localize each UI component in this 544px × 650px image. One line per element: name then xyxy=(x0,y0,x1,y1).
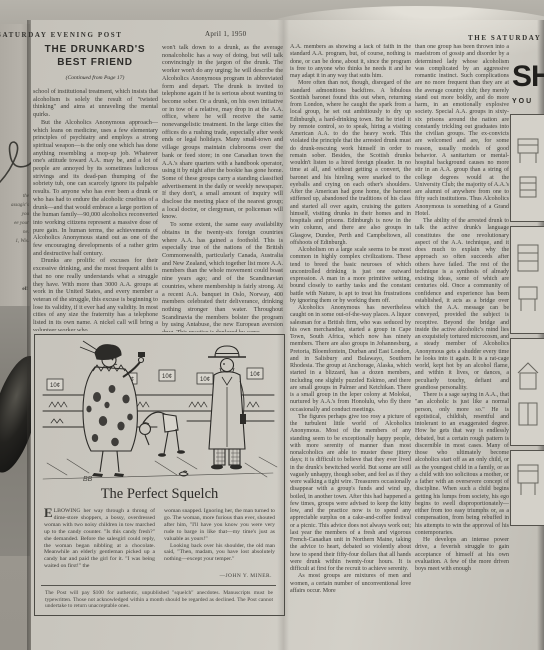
article-paragraph: Alcoholism on a large scale seems to be … xyxy=(290,247,411,305)
ad-thumbnail-drawing xyxy=(515,231,541,325)
squelch-byline: —JOHN Y. MINER. xyxy=(220,573,272,579)
article-paragraph: More often than not, though, disregard o… xyxy=(290,80,411,247)
squelch-paragraph: ELBOWING her way through a throng of dim… xyxy=(44,508,155,570)
squelch-submission-footnote: The Post will pay $100 for authentic, un… xyxy=(45,590,273,610)
article-paragraph: But the Alcoholics Anonymous approach—wh… xyxy=(33,119,158,258)
article-paragraph: As most groups are mixtures of men and w… xyxy=(290,573,411,595)
squelch-title: The Perfect Squelch xyxy=(35,486,284,503)
article-paragraph: The ability of the arrested drunk to tal… xyxy=(415,218,509,392)
ad-thumbnail xyxy=(510,338,544,446)
squelch-cartoon-illustration: 10¢ 10¢ 10¢ 10¢ 10¢ xyxy=(37,337,280,485)
squelch-anecdote: ELBOWING her way through a throng of dim… xyxy=(44,508,275,580)
svg-text:10¢: 10¢ xyxy=(250,372,260,378)
ad-thumbnail-drawing xyxy=(515,343,541,437)
article-paragraph: Alcoholics Anonymous has nevertheless ca… xyxy=(290,305,411,414)
running-head-right: THE SATURDAY EVENING xyxy=(468,34,544,42)
cartoonist-signature: BB xyxy=(83,476,93,483)
article-paragraph: school of institutional treatment, which… xyxy=(33,88,158,119)
previous-page-edge: the assagic's you ee your ne. 1, Wis. el… xyxy=(0,24,30,536)
ad-thumbnail-drawing xyxy=(515,455,541,517)
left-page-column-2: won't talk down to a drunk, as the avera… xyxy=(162,44,283,332)
perfect-squelch-box: 10¢ 10¢ 10¢ 10¢ 10¢ xyxy=(34,334,285,616)
svg-text:10¢: 10¢ xyxy=(200,377,210,383)
ad-thumbnail-drawing xyxy=(515,119,541,213)
side-ad-fragment: SH YOU xyxy=(509,58,544,528)
article-paragraph: A.A. members as showing a lack of faith … xyxy=(290,44,411,80)
squelch-divider xyxy=(41,585,276,586)
article-title: THE DRUNKARD'S BEST FRIEND (Continued fr… xyxy=(36,44,154,85)
svg-text:10¢: 10¢ xyxy=(50,383,60,389)
article-paragraph: than one group has been thrown into a ma… xyxy=(415,44,509,218)
ad-thumbnail xyxy=(510,114,544,222)
ad-subhead-fragment: YOU xyxy=(512,98,533,105)
article-title-line2: BEST FRIEND xyxy=(36,57,154,70)
article-title-line1: THE DRUNKARD'S xyxy=(36,44,154,57)
article-paragraph: The figures perhaps give too rosy a pict… xyxy=(290,414,411,574)
edge-ad-text-fragments: the assagic's you ee your ne. 1, Wis. xyxy=(0,192,29,246)
article-paragraph: won't talk down to a drunk, as the avera… xyxy=(162,44,283,221)
article-paragraph: Drunks are prolific of excuses for their… xyxy=(33,257,158,331)
squelch-column-2: woman snapped. Ignoring her, the man tur… xyxy=(164,508,275,580)
right-page-column-1: A.A. members as showing a lack of faith … xyxy=(290,44,411,643)
continued-from-note: (Continued from Page 17) xyxy=(36,72,154,85)
magazine-scan: the assagic's you ee your ne. 1, Wis. el… xyxy=(0,0,544,650)
article-paragraph: He develops an intense power drive, a fe… xyxy=(415,537,509,573)
running-head-left: SATURDAY EVENING POST xyxy=(0,31,123,39)
ad-headline-fragment: SH xyxy=(512,60,544,94)
right-page-column-2: than one group has been thrown into a ma… xyxy=(415,44,509,643)
squelch-paragraph: Looking back over his shoulder, the old … xyxy=(164,543,275,564)
issue-date: April 1, 1950 xyxy=(205,30,246,38)
ad-thumbnail xyxy=(510,226,544,334)
squelch-column-1: ELBOWING her way through a throng of dim… xyxy=(44,508,155,580)
left-page-column-1: school of institutional treatment, which… xyxy=(33,88,158,331)
svg-text:10¢: 10¢ xyxy=(162,374,172,380)
article-paragraph: To some extent, the same easy availabili… xyxy=(162,221,283,332)
squelch-paragraph: woman snapped. Ignoring her, the man tur… xyxy=(164,508,275,543)
ad-thumbnail xyxy=(510,450,544,526)
article-paragraph: There is a sage saying in A.A., that "an… xyxy=(415,392,509,537)
shoe-photo-fragment xyxy=(0,306,30,556)
